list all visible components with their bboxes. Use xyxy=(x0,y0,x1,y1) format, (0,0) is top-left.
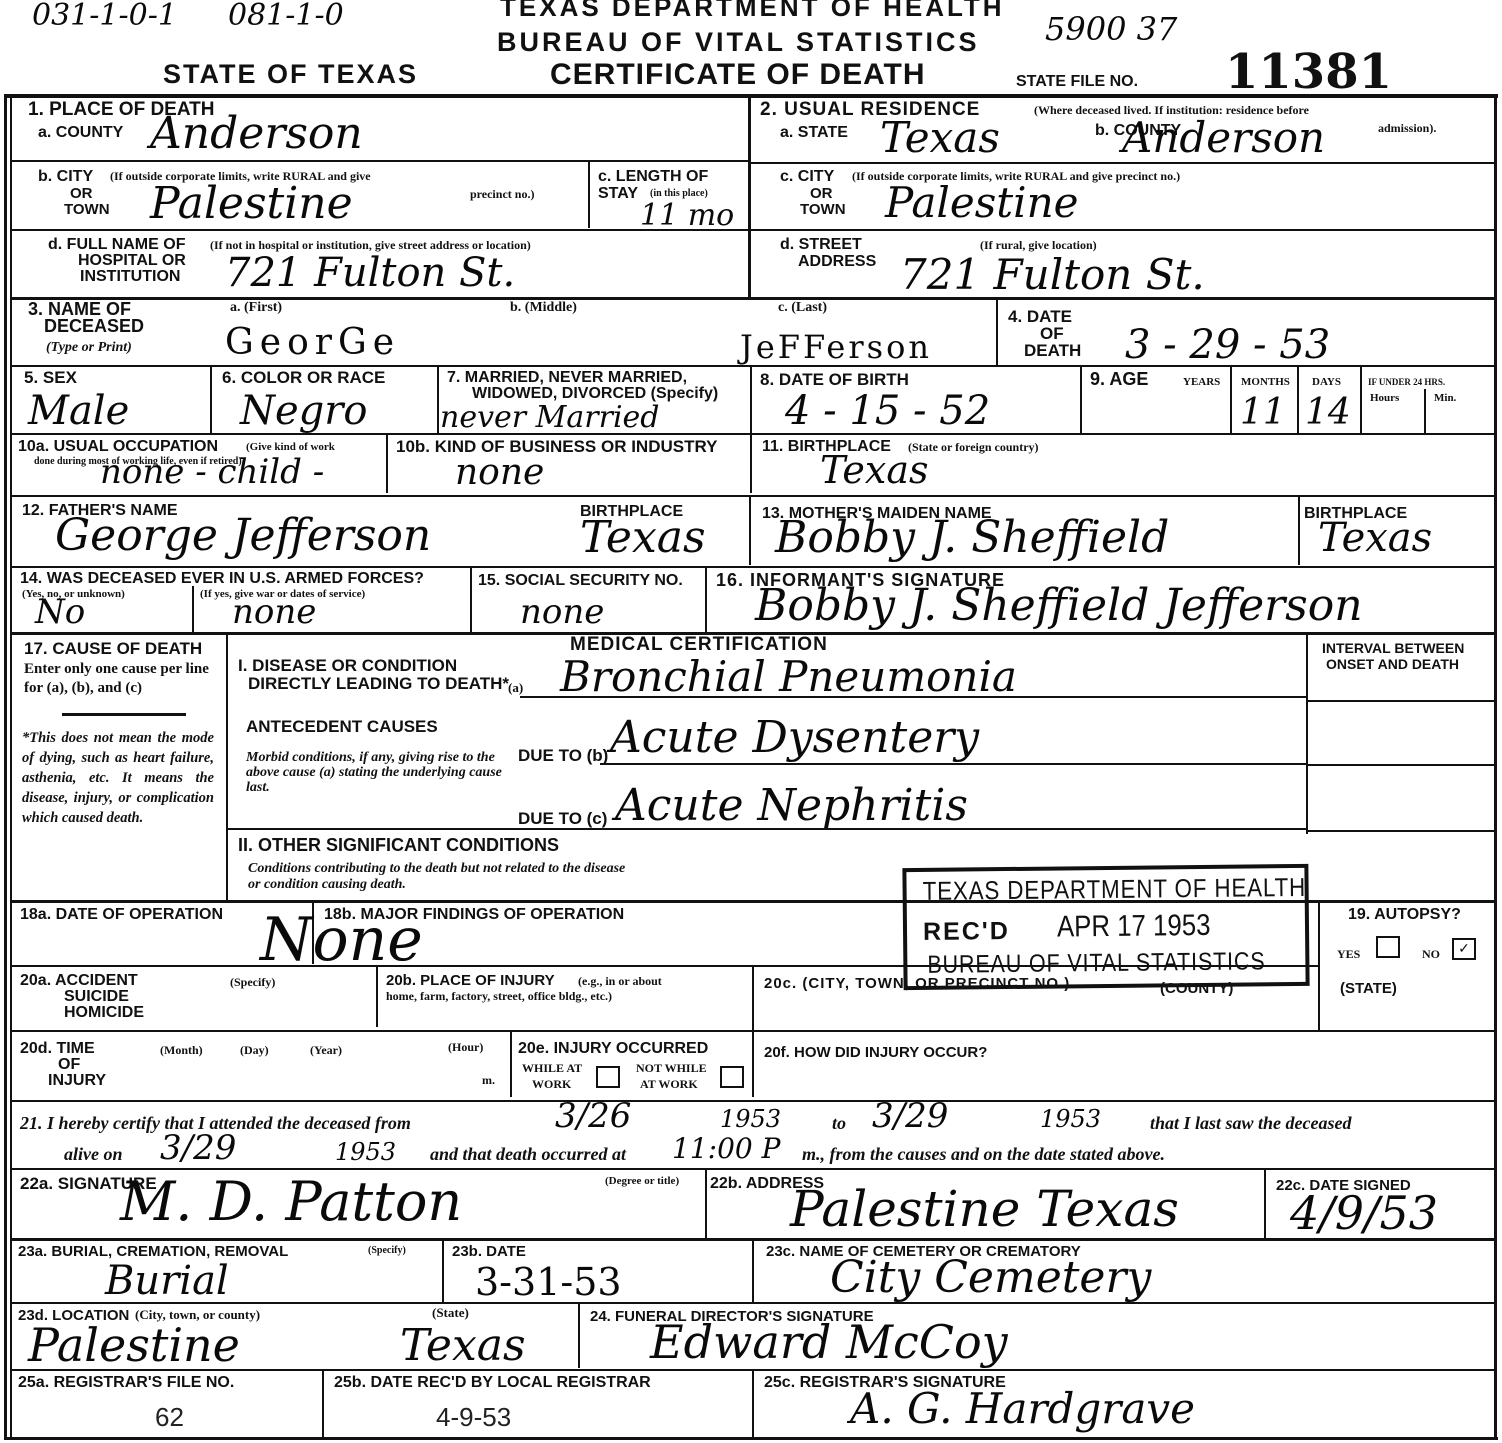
cause-of-death-label: 17. CAUSE OF DEATH xyxy=(24,640,202,657)
divider xyxy=(752,1371,754,1437)
registrar-file-label: 25a. REGISTRAR'S FILE NO. xyxy=(18,1374,234,1391)
divider xyxy=(1298,497,1300,565)
age-hours-label: Hours xyxy=(1370,392,1399,404)
burial-date-label: 23b. DATE xyxy=(452,1243,526,1260)
business-label: 10b. KIND OF BUSINESS OR INDUSTRY xyxy=(396,438,717,455)
street-label: d. STREET xyxy=(780,236,862,253)
divider xyxy=(1306,700,1494,702)
handwritten-code-left-1: 031-1-0-1 xyxy=(32,0,177,33)
divider-1-2 xyxy=(748,96,751,298)
last-name-value: JeFFerson xyxy=(740,328,932,366)
received-stamp: TEXAS DEPARTMENT OF HEALTH REC'D APR 17 … xyxy=(902,864,1309,990)
deceased-name-label-2: DECEASED xyxy=(44,318,144,335)
divider xyxy=(1306,764,1494,766)
cert-alive-on: alive on xyxy=(64,1145,123,1163)
date-signed-value: 4/9/53 xyxy=(1290,1186,1438,1240)
autopsy-no-label: NO xyxy=(1422,948,1440,960)
due-to-c-label: DUE TO (c) xyxy=(518,810,607,827)
interval-label: INTERVAL BETWEEN xyxy=(1322,640,1464,657)
street-value: 721 Fulton St. xyxy=(900,250,1205,299)
not-while-work-checkbox[interactable] xyxy=(720,1066,744,1088)
injury-place-note-2: home, farm, factory, street, office bldg… xyxy=(386,990,612,1002)
cause-instructions: Enter only one cause per line for (a), (… xyxy=(24,660,214,698)
divider xyxy=(510,1032,512,1097)
divider xyxy=(588,162,590,228)
interval-label-2: ONSET AND DEATH xyxy=(1326,656,1459,673)
mother-birthplace-value: Texas xyxy=(1318,515,1432,561)
death-city-or-label: OR xyxy=(70,185,93,202)
residence-state-label: a. STATE xyxy=(780,124,848,141)
attended-from-value: 3/26 xyxy=(555,1096,631,1136)
cert-to: to xyxy=(832,1114,846,1132)
dob-value: 4 - 15 - 52 xyxy=(785,388,990,434)
divider xyxy=(750,435,752,493)
divider xyxy=(192,586,194,632)
divider xyxy=(442,1240,444,1302)
usual-residence-note-2: admission). xyxy=(1378,122,1436,134)
last-name-label: c. (Last) xyxy=(778,302,827,314)
date-of-death-label: 4. DATE xyxy=(1008,308,1072,325)
hospital-label-2: HOSPITAL OR xyxy=(78,252,186,269)
first-name-value: GeorGe xyxy=(225,322,400,363)
race-value: Negro xyxy=(240,388,367,434)
cause-a-line xyxy=(520,696,1306,698)
marital-label: 7. MARRIED, NEVER MARRIED, xyxy=(447,369,687,386)
divider xyxy=(1306,634,1308,834)
agency-line-2: BUREAU OF VITAL STATISTICS xyxy=(497,28,980,56)
ssn-label: 15. SOCIAL SECURITY NO. xyxy=(478,572,683,589)
residence-city-value: Palestine xyxy=(885,178,1078,227)
age-under24-label: IF UNDER 24 HRS. xyxy=(1368,376,1445,388)
cause-a-value: Bronchial Pneumonia xyxy=(560,652,1017,701)
agency-line-1: TEXAS DEPARTMENT OF HEALTH xyxy=(500,0,1005,20)
divider xyxy=(12,229,748,231)
cert-statement-2: that I last saw the deceased xyxy=(1150,1114,1352,1132)
while-at-work-checkbox[interactable] xyxy=(596,1066,620,1088)
address-value: Palestine Texas xyxy=(790,1180,1179,1238)
cause-c-value: Acute Nephritis xyxy=(615,780,968,831)
divider xyxy=(705,568,707,632)
not-while-work-label-2: AT WORK xyxy=(640,1078,698,1090)
injury-state-label: (STATE) xyxy=(1340,980,1397,997)
registrar-signature: A. G. Hardgrave xyxy=(850,1384,1195,1433)
armed-forces-value: No xyxy=(35,592,85,632)
deceased-name-label-3: (Type or Print) xyxy=(46,340,132,356)
burial-date-value: 3-31-53 xyxy=(475,1260,622,1304)
physician-signature: M. D. Patton xyxy=(120,1170,462,1233)
residence-state-value: Texas xyxy=(880,113,1000,162)
attended-year-1: 1953 xyxy=(720,1105,781,1133)
age-label: 9. AGE xyxy=(1090,371,1148,388)
accident-specify: (Specify) xyxy=(230,976,275,988)
cause-b-value: Acute Dysentery xyxy=(610,712,979,763)
cause-c-line xyxy=(228,828,1306,830)
divider xyxy=(210,367,212,433)
part1-label: I. DISEASE OR CONDITION xyxy=(238,657,457,674)
while-at-work-label: WHILE AT xyxy=(522,1062,582,1074)
registrar-date-value: 4-9-53 xyxy=(436,1402,511,1433)
time-of-death-value: 11:00 P xyxy=(672,1132,780,1165)
ssn-value: none xyxy=(520,592,604,632)
divider xyxy=(12,1302,1494,1304)
dob-label: 8. DATE OF BIRTH xyxy=(760,371,909,388)
father-birthplace-value: Texas xyxy=(580,512,706,563)
frame-left xyxy=(4,94,7,1439)
injury-place-label: 20b. PLACE OF INJURY xyxy=(386,972,555,989)
not-while-work-label: NOT WHILE xyxy=(636,1062,707,1074)
homicide-label: HOMICIDE xyxy=(64,1004,144,1021)
divider xyxy=(578,1304,580,1368)
divider xyxy=(1264,1170,1266,1238)
death-county-label: a. COUNTY xyxy=(38,124,123,141)
race-label: 6. COLOR OR RACE xyxy=(222,369,385,386)
injury-month-label: (Month) xyxy=(160,1044,203,1056)
armed-forces-label: 14. WAS DECEASED EVER IN U.S. ARMED FORC… xyxy=(20,570,424,587)
divider xyxy=(470,568,472,632)
street-label-2: ADDRESS xyxy=(798,253,876,270)
cause-b-line xyxy=(600,763,1306,765)
divider xyxy=(12,160,748,162)
part1-label-2: DIRECTLY LEADING TO DEATH* xyxy=(248,675,509,692)
antecedent-label: ANTECEDENT CAUSES xyxy=(246,718,438,735)
age-days-label: DAYS xyxy=(1312,376,1341,388)
accident-label: 20a. ACCIDENT xyxy=(20,972,138,989)
informant-signature: Bobby J. Sheffield Jefferson xyxy=(755,580,1363,631)
divider xyxy=(12,433,1494,435)
degree-label: (Degree or title) xyxy=(605,1175,679,1187)
divider xyxy=(1297,367,1299,433)
suicide-label: SUICIDE xyxy=(64,988,129,1005)
part2-label: II. OTHER SIGNIFICANT CONDITIONS xyxy=(238,837,559,854)
cause-footnote: *This does not mean the mode of dying, s… xyxy=(22,728,214,828)
age-months-value: 11 xyxy=(1240,392,1286,433)
divider xyxy=(62,713,186,716)
injury-year-label: (Year) xyxy=(310,1044,342,1056)
divider xyxy=(705,1170,707,1238)
frame-right xyxy=(1494,94,1497,1439)
divider xyxy=(376,967,378,1027)
divider xyxy=(752,967,754,1097)
divider xyxy=(12,495,1494,497)
divider xyxy=(1230,367,1232,433)
last-seen-year: 1953 xyxy=(335,1138,396,1166)
sex-label: 5. SEX xyxy=(24,369,77,386)
how-injury-label: 20f. HOW DID INJURY OCCUR? xyxy=(764,1044,987,1061)
location-value: Palestine xyxy=(28,1318,240,1372)
while-at-work-label-2: WORK xyxy=(532,1078,571,1090)
length-of-stay-value: 11 mo xyxy=(640,198,734,233)
injury-time-label-2: OF xyxy=(58,1056,80,1073)
injury-place-note: (e.g., in or about xyxy=(578,975,662,987)
middle-name-label: b. (Middle) xyxy=(510,302,577,314)
frame-top xyxy=(4,94,1498,98)
state-file-number: 11381 xyxy=(1225,48,1392,96)
state-heading: STATE OF TEXAS xyxy=(163,60,418,88)
divider xyxy=(752,1240,754,1302)
injury-hour-label: (Hour) xyxy=(448,1041,483,1053)
state-file-label: STATE FILE NO. xyxy=(1016,73,1138,90)
residence-county-value: Anderson xyxy=(1122,113,1325,162)
hospital-label-3: INSTITUTION xyxy=(80,268,180,285)
burial-specify: (Specify) xyxy=(368,1245,406,1257)
residence-city-town-label: TOWN xyxy=(800,201,846,218)
injury-m-label: m. xyxy=(482,1074,495,1086)
divider xyxy=(12,1100,1494,1102)
mother-value: Bobby J. Sheffield xyxy=(775,512,1169,563)
certificate-title: CERTIFICATE OF DEATH xyxy=(550,60,926,90)
due-to-b-label: DUE TO (b) xyxy=(518,747,608,764)
location-state-label: (State) xyxy=(432,1307,469,1319)
death-city-note-2: precinct no.) xyxy=(470,188,534,200)
divider xyxy=(322,1371,324,1437)
injury-occurred-label: 20e. INJURY OCCURRED xyxy=(518,1040,708,1057)
date-of-death-label-3: DEATH xyxy=(1024,342,1081,359)
divider xyxy=(12,566,1494,568)
part2-note: Conditions contributing to the death but… xyxy=(248,861,628,893)
death-county-value: Anderson xyxy=(150,108,363,159)
divider xyxy=(386,435,388,493)
birthplace-value: Texas xyxy=(820,448,928,492)
location-state-value: Texas xyxy=(400,1320,526,1371)
length-of-stay-label: c. LENGTH OF xyxy=(598,168,708,185)
death-city-label: b. CITY xyxy=(38,168,93,185)
injury-time-label: 20d. TIME xyxy=(20,1040,95,1057)
frame-bottom xyxy=(4,1437,1498,1440)
handwritten-code-left-2: 081-1-0 xyxy=(228,0,344,33)
date-of-death-value: 3 - 29 - 53 xyxy=(1125,322,1330,368)
stamp-line-3: BUREAU OF VITAL STATISTICS xyxy=(927,948,1265,978)
autopsy-label: 19. AUTOPSY? xyxy=(1348,906,1461,923)
divider xyxy=(226,634,228,900)
hospital-label: d. FULL NAME OF xyxy=(48,236,185,253)
divider xyxy=(1318,902,1320,1030)
occupation-value: none - child - xyxy=(100,452,324,492)
age-years-label: YEARS xyxy=(1183,376,1220,388)
registrar-date-label: 25b. DATE REC'D BY LOCAL REGISTRAR xyxy=(334,1374,651,1391)
divider xyxy=(1080,367,1082,433)
hospital-value: 721 Fulton St. xyxy=(225,250,515,296)
death-city-town-label: TOWN xyxy=(64,201,110,218)
autopsy-yes-label: YES xyxy=(1337,948,1360,960)
attended-year-2: 1953 xyxy=(1040,1105,1101,1133)
cert-statement-3: and that death occurred at xyxy=(430,1145,626,1163)
age-months-label: MONTHS xyxy=(1241,376,1290,388)
last-seen-value: 3/29 xyxy=(160,1128,236,1168)
injury-time-label-3: INJURY xyxy=(48,1072,106,1089)
handwritten-code-right: 5900 37 xyxy=(1045,10,1177,48)
divider xyxy=(750,367,752,433)
business-value: none xyxy=(455,452,544,493)
cemetery-value: City Cemetery xyxy=(830,1252,1151,1303)
autopsy-yes-checkbox[interactable] xyxy=(1376,936,1400,958)
autopsy-no-checkbox[interactable]: ✓ xyxy=(1452,938,1476,960)
date-of-death-label-2: OF xyxy=(1040,325,1064,342)
attended-to-value: 3/29 xyxy=(872,1096,948,1136)
part1-a-marker: (a) xyxy=(508,682,523,694)
divider xyxy=(751,229,1494,231)
divider xyxy=(751,162,1494,164)
length-of-stay-label-2: STAY xyxy=(598,185,638,202)
war-value: none xyxy=(232,592,316,632)
antecedent-note: Morbid conditions, if any, giving rise t… xyxy=(246,750,514,795)
residence-city-label: c. CITY xyxy=(780,168,834,185)
medical-certification-label: MEDICAL CERTIFICATION xyxy=(570,636,828,653)
death-city-value: Palestine xyxy=(150,178,353,229)
registrar-file-value: 62 xyxy=(155,1402,184,1433)
age-days-value: 14 xyxy=(1305,392,1351,433)
divider xyxy=(749,497,751,565)
stamp-line-1: TEXAS DEPARTMENT OF HEALTH xyxy=(922,874,1306,904)
burial-value: Burial xyxy=(105,1258,229,1304)
injury-day-label: (Day) xyxy=(240,1044,269,1056)
operation-date-label: 18a. DATE OF OPERATION xyxy=(20,906,223,923)
age-min-label: Min. xyxy=(1434,392,1456,404)
divider xyxy=(1360,367,1362,433)
divider xyxy=(996,299,998,365)
stamp-line-2-date: APR 17 1953 xyxy=(1057,911,1211,943)
divider xyxy=(12,1030,1494,1032)
father-value: George Jefferson xyxy=(55,510,431,561)
cert-statement-4: m., from the causes and on the date stat… xyxy=(802,1145,1165,1163)
stamp-line-2-prefix: REC'D xyxy=(923,917,1010,946)
marital-value: never Married xyxy=(440,400,660,435)
divider xyxy=(12,365,1494,367)
divider xyxy=(1424,389,1426,433)
residence-city-or-label: OR xyxy=(810,185,833,202)
first-name-label: a. (First) xyxy=(230,302,282,314)
divider xyxy=(437,367,439,433)
funeral-director-signature: Edward McCoy xyxy=(650,1315,1008,1369)
sex-value: Male xyxy=(28,388,129,434)
divider xyxy=(1306,830,1494,832)
